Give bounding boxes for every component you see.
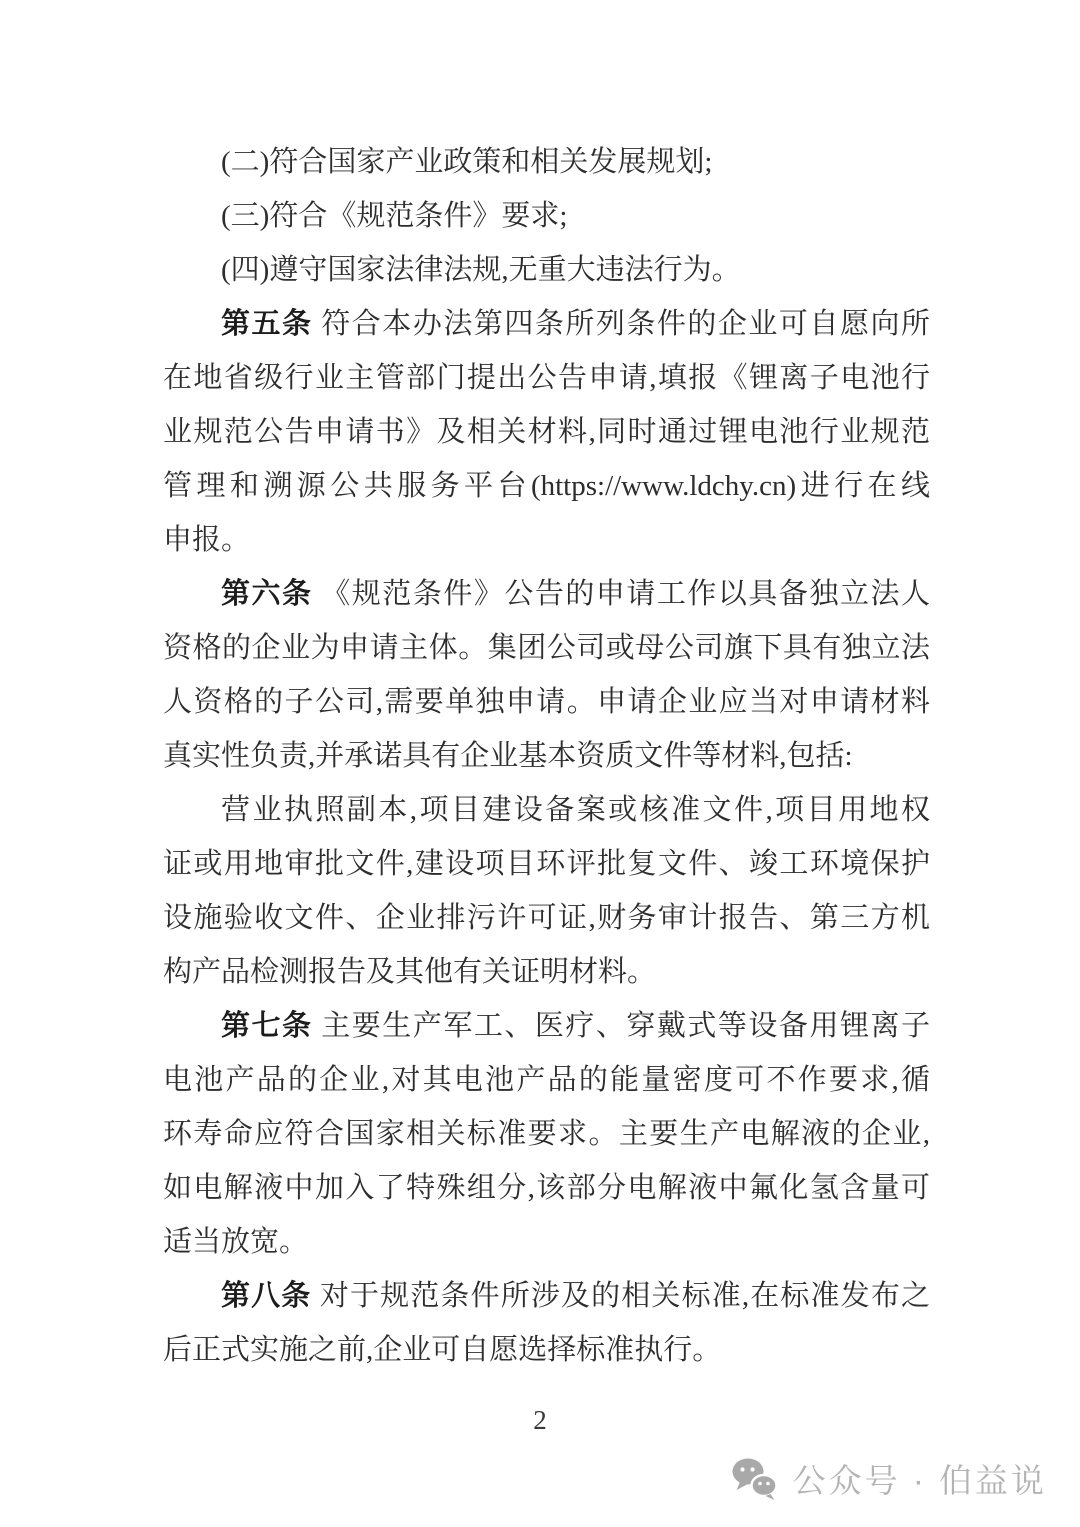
document-line: 后正式实施之前,企业可自愿选择标准执行。 [163, 1323, 930, 1377]
document-line: (四)遵守国家法律法规,无重大违法行为。 [163, 243, 930, 297]
text-segment: 电池产品的企业,对其电池产品的能量密度可不作要求,循 [163, 1064, 930, 1096]
document-line: 营业执照副本,项目建设备案或核准文件,项目用地权 [163, 783, 930, 837]
article-number: 第七条 [221, 1010, 313, 1042]
text-segment: 营业执照副本,项目建设备案或核准文件,项目用地权 [221, 794, 930, 826]
document-body: (二)符合国家产业政策和相关发展规划;(三)符合《规范条件》要求;(四)遵守国家… [163, 135, 930, 1377]
text-segment: 环寿命应符合国家相关标准要求。主要生产电解液的企业, [163, 1118, 930, 1150]
document-line: 第七条 主要生产军工、医疗、穿戴式等设备用锂离子 [163, 999, 930, 1053]
document-line: 第六条 《规范条件》公告的申请工作以具备独立法人 [163, 567, 930, 621]
document-line: 适当放宽。 [163, 1215, 930, 1269]
document-line: 证或用地审批文件,建设项目环评批复文件、竣工环境保护 [163, 837, 930, 891]
document-line: 电池产品的企业,对其电池产品的能量密度可不作要求,循 [163, 1053, 930, 1107]
page-number: 2 [0, 1405, 1080, 1436]
document-line: 环寿命应符合国家相关标准要求。主要生产电解液的企业, [163, 1107, 930, 1161]
article-number: 第八条 [221, 1280, 311, 1312]
document-line: (三)符合《规范条件》要求; [163, 189, 930, 243]
document-line: 第八条 对于规范条件所涉及的相关标准,在标准发布之 [163, 1269, 930, 1323]
text-segment: 设施验收文件、企业排污许可证,财务审计报告、第三方机 [163, 902, 930, 934]
document-line: (二)符合国家产业政策和相关发展规划; [163, 135, 930, 189]
document-line: 在地省级行业主管部门提出公告申请,填报《锂离子电池行 [163, 351, 930, 405]
text-segment: 如电解液中加入了特殊组分,该部分电解液中氟化氢含量可 [163, 1172, 930, 1204]
watermark: 公众号 · 伯益说 [731, 1455, 1047, 1502]
text-segment: 对于规范条件所涉及的相关标准,在标准发布之 [311, 1280, 930, 1312]
document-line: 第五条 符合本办法第四条所列条件的企业可自愿向所 [163, 297, 930, 351]
document-line: 管理和溯源公共服务平台(https://www.ldchy.cn)进行在线 [163, 459, 930, 513]
wechat-icon [731, 1457, 779, 1501]
document-line: 人资格的子公司,需要单独申请。申请企业应当对申请材料 [163, 675, 930, 729]
document-line: 资格的企业为申请主体。集团公司或母公司旗下具有独立法 [163, 621, 930, 675]
text-segment: 后正式实施之前,企业可自愿选择标准执行。 [163, 1334, 721, 1366]
document-line: 设施验收文件、企业排污许可证,财务审计报告、第三方机 [163, 891, 930, 945]
document-line: 如电解液中加入了特殊组分,该部分电解液中氟化氢含量可 [163, 1161, 930, 1215]
text-segment: (二)符合国家产业政策和相关发展规划; [221, 146, 712, 178]
text-segment: 主要生产军工、医疗、穿戴式等设备用锂离子 [313, 1010, 930, 1042]
text-segment: 管理和溯源公共服务平台(https://www.ldchy.cn)进行在线 [163, 470, 930, 502]
text-segment: (三)符合《规范条件》要求; [221, 200, 567, 232]
text-segment: 证或用地审批文件,建设项目环评批复文件、竣工环境保护 [163, 848, 930, 880]
text-segment: 人资格的子公司,需要单独申请。申请企业应当对申请材料 [163, 686, 930, 718]
document-line: 构产品检测报告及其他有关证明材料。 [163, 945, 930, 999]
article-number: 第五条 [221, 308, 313, 340]
text-segment: 资格的企业为申请主体。集团公司或母公司旗下具有独立法 [163, 632, 930, 664]
document-page: (二)符合国家产业政策和相关发展规划;(三)符合《规范条件》要求;(四)遵守国家… [0, 0, 1080, 1527]
document-line: 业规范公告申请书》及相关材料,同时通过锂电池行业规范 [163, 405, 930, 459]
text-segment: 适当放宽。 [163, 1226, 308, 1258]
text-segment: 业规范公告申请书》及相关材料,同时通过锂电池行业规范 [163, 416, 930, 448]
document-line: 真实性负责,并承诺具有企业基本资质文件等材料,包括: [163, 729, 930, 783]
text-segment: 符合本办法第四条所列条件的企业可自愿向所 [313, 308, 930, 340]
article-number: 第六条 [221, 578, 313, 610]
text-segment: 真实性负责,并承诺具有企业基本资质文件等材料,包括: [163, 740, 853, 772]
text-segment: 构产品检测报告及其他有关证明材料。 [163, 956, 656, 988]
document-line: 申报。 [163, 513, 930, 567]
text-segment: (四)遵守国家法律法规,无重大违法行为。 [221, 254, 741, 286]
watermark-text: 公众号 · 伯益说 [793, 1455, 1047, 1502]
text-segment: 《规范条件》公告的申请工作以具备独立法人 [313, 578, 930, 610]
text-segment: 申报。 [163, 524, 250, 556]
text-segment: 在地省级行业主管部门提出公告申请,填报《锂离子电池行 [163, 362, 930, 394]
